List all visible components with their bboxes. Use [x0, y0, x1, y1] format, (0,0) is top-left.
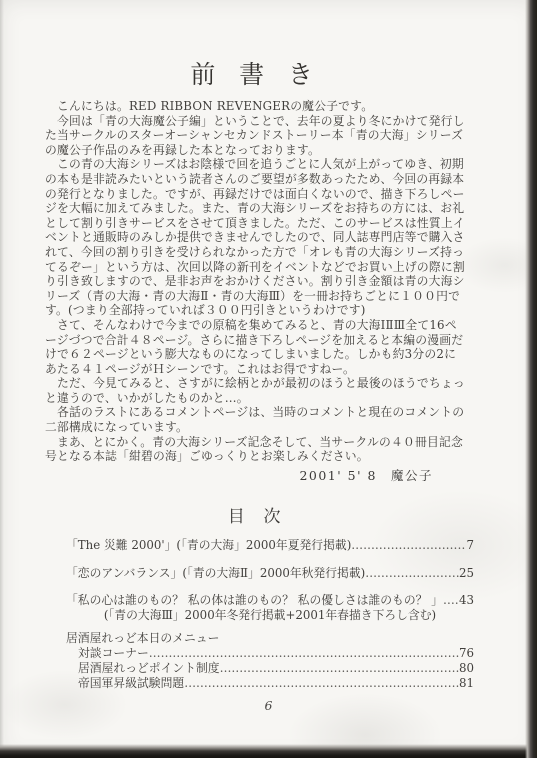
- scan-edge-right: [525, 0, 537, 758]
- toc-menu-item: 居酒屋れっどポイント制度 …………………………………………………………………………: [66, 661, 474, 676]
- toc-entry: 「恋のアンバランス」(「青の大海Ⅱ」2000年秋発行掲載) ……………………………: [66, 566, 474, 581]
- date-signature: 2001' 5' 8 魔公子: [45, 466, 485, 484]
- toc-menu-item-label: 帝国軍昇級試験問題: [78, 676, 184, 691]
- toc-leader-dots: ………………………………………………………………………………………………: [149, 646, 459, 661]
- scanned-document-page: 前書き こんにちは。RED RIBBON REVENGERの魔公子です。 今回は…: [0, 0, 537, 758]
- toc-menu-item-page: 76: [459, 646, 474, 661]
- preface-title: 前書き: [0, 55, 527, 91]
- toc-entry: 「私の心は誰のもの？ 私の体は誰のもの？ 私の優しさは誰のもの？ 」 ………………: [66, 593, 474, 608]
- toc-leader-dots: ………………………………………………………………………………………………: [351, 538, 466, 553]
- preface-body-text: こんにちは。RED RIBBON REVENGERの魔公子です。 今回は「青の大…: [45, 99, 515, 464]
- toc-menu-item-label: 対談コーナー: [78, 646, 149, 661]
- toc-heading: 目次: [0, 502, 527, 527]
- toc-leader-dots: ………………………………………………………………………………………………: [184, 676, 459, 691]
- toc-entry-label: 「The 災難 2000'」(「青の大海」2000年夏発行掲載): [66, 538, 351, 553]
- toc-leader-dots: ………………………………………………………………………………………………: [443, 593, 459, 608]
- toc-menu-heading-row: 居酒屋れっど本日のメニュー: [66, 631, 474, 646]
- scan-edge-left: [0, 0, 4, 758]
- toc-leader-dots: ………………………………………………………………………………………………: [220, 661, 459, 676]
- toc-menu-item: 対談コーナー …………………………………………………………………………………………: [66, 646, 474, 661]
- toc-menu-item-page: 81: [459, 676, 474, 691]
- toc-entry-page: 43: [459, 593, 474, 608]
- toc-menu-item: 帝国軍昇級試験問題 …………………………………………………………………………………: [66, 676, 474, 691]
- toc-entry: 「The 災難 2000'」(「青の大海」2000年夏発行掲載) ……………………: [66, 538, 474, 553]
- page-number: 6: [0, 698, 537, 713]
- toc-entry-page: 25: [459, 566, 474, 581]
- table-of-contents: 「The 災難 2000'」(「青の大海」2000年夏発行掲載) ……………………: [66, 538, 474, 691]
- toc-entry-label: 「私の心は誰のもの？ 私の体は誰のもの？ 私の優しさは誰のもの？ 」: [66, 593, 443, 608]
- toc-menu-heading: 居酒屋れっど本日のメニュー: [66, 631, 219, 646]
- scan-edge-bottom: [0, 744, 537, 758]
- toc-entry-page: 7: [466, 538, 474, 553]
- toc-menu-item-page: 80: [459, 661, 474, 676]
- toc-entry-label: 「恋のアンバランス」(「青の大海Ⅱ」2000年秋発行掲載): [66, 566, 365, 581]
- toc-leader-dots: ………………………………………………………………………………………………: [365, 566, 459, 581]
- toc-menu-item-label: 居酒屋れっどポイント制度: [78, 661, 220, 676]
- toc-entry-note: (「青の大海Ⅲ」2000年冬発行掲載+2001年春描き下ろし含む): [66, 608, 474, 623]
